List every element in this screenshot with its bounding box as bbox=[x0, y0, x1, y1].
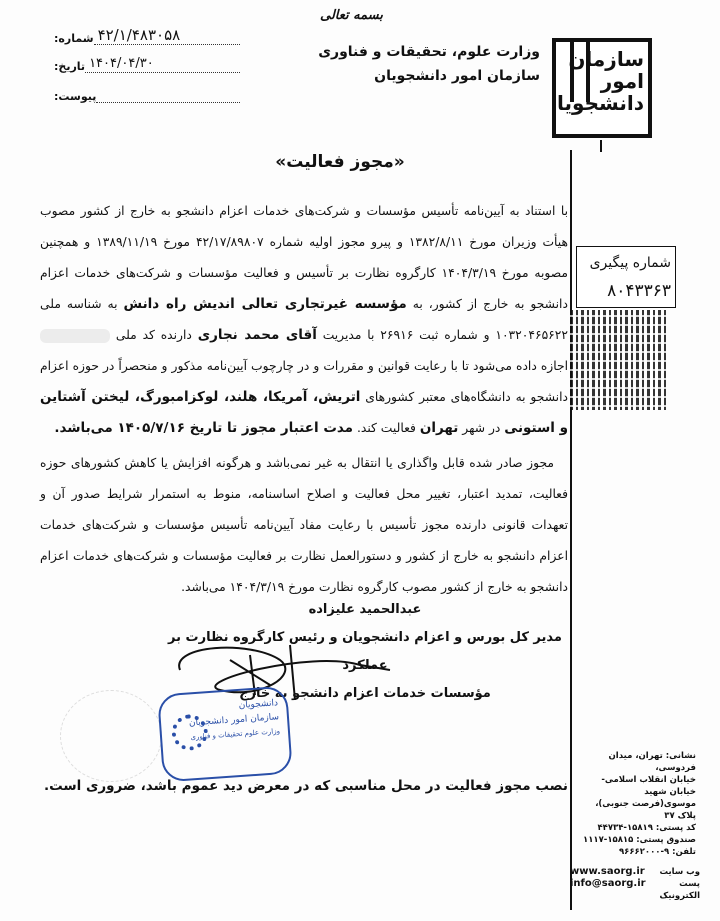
letter-attachment-field: پیوست: bbox=[50, 86, 240, 103]
footer-address: نشانی: تهران، میدان فردوسی، خیابان انقلا… bbox=[576, 750, 696, 858]
city-name: تهران bbox=[420, 420, 459, 436]
footer-web: www.saorg.ir وب سایت info@saorg.ir پست ا… bbox=[570, 866, 700, 902]
institute-name: مؤسسه غیرتجاری تعالی اندیش راه دانش bbox=[124, 296, 407, 312]
attachment-value bbox=[96, 86, 240, 103]
letterhead: وزارت علوم، تحقیقات و فناوری سازمان امور… bbox=[318, 40, 540, 88]
address-line: موسوی(فرصت جنوبی)، پلاک ۳۷ bbox=[576, 798, 696, 822]
number-label: شماره: bbox=[54, 32, 94, 45]
letter-number-field: شماره: ۴۲/۱/۴۸۳۰۵۸ bbox=[50, 26, 240, 45]
basmala-heading: بسمه تعالی bbox=[320, 8, 383, 23]
organization-logo-icon: سازمان امور دانشجویان bbox=[552, 38, 652, 138]
signatory-name: عبدالحمید علیزاده bbox=[160, 596, 570, 624]
document-title: «مجوز فعالیت» bbox=[200, 152, 480, 172]
organization-name: سازمان امور دانشجویان bbox=[318, 64, 540, 88]
p1-text-e: در شهر bbox=[462, 421, 500, 435]
address-line: نشانی: تهران، میدان فردوسی، bbox=[576, 750, 696, 774]
p1-text-a: با استناد به آیین‌نامه تأسیس مؤسسات و شر… bbox=[40, 204, 568, 311]
paragraph-2: مجوز صادر شده قابل واگذاری یا انتقال به … bbox=[40, 448, 568, 603]
p1-text-f: فعالیت کند. bbox=[357, 421, 416, 435]
p1-text-c: دارنده کد ملی bbox=[116, 328, 192, 342]
manager-name: آقای محمد نجاری bbox=[198, 327, 317, 343]
letter-date-field: تاریخ: ۱۴۰۴/۰۴/۳۰ bbox=[50, 56, 240, 73]
paragraph-1: با استناد به آیین‌نامه تأسیس مؤسسات و شر… bbox=[40, 196, 568, 444]
email-label: پست الکترونیک bbox=[646, 878, 700, 902]
email-link[interactable]: info@saorg.ir bbox=[570, 878, 646, 890]
phone-number: تلفن: ۹-۹۶۶۶۲۰۰۰ bbox=[576, 846, 696, 858]
qr-code-icon bbox=[570, 310, 666, 410]
margin-divider bbox=[570, 150, 572, 910]
official-stamp: دانشجویان سازمان امور دانشجویان وزارت عل… bbox=[157, 686, 293, 783]
document-body: با استناد به آیین‌نامه تأسیس مؤسسات و شر… bbox=[40, 196, 568, 603]
validity-statement: مدت اعتبار مجوز تا تاریخ ۱۴۰۵/۷/۱۶ می‌با… bbox=[54, 420, 353, 436]
embossed-seal-icon bbox=[60, 690, 162, 782]
website-link[interactable]: www.saorg.ir bbox=[570, 866, 645, 878]
address-line: خیابان انقلاب اسلامی-خیابان شهید bbox=[576, 774, 696, 798]
redacted-national-code bbox=[40, 329, 110, 343]
po-box: صندوق پستی: ۱۵۸۱۵-۱۱۱۷ bbox=[576, 834, 696, 846]
tracking-number: ۸۰۴۳۳۶۳ bbox=[581, 277, 671, 305]
logo-stem bbox=[600, 140, 602, 152]
tracking-label: شماره پیگیری bbox=[581, 249, 671, 277]
website-label: وب سایت bbox=[659, 866, 700, 878]
number-value: ۴۲/۱/۴۸۳۰۵۸ bbox=[94, 26, 240, 45]
date-label: تاریخ: bbox=[54, 60, 85, 73]
public-display-notice: نصب مجوز فعالیت در محل مناسبی که در معرض… bbox=[40, 778, 568, 794]
logo-calligraphy: سازمان امور دانشجویان bbox=[570, 48, 644, 114]
date-value: ۱۴۰۴/۰۴/۳۰ bbox=[85, 56, 240, 73]
postal-code: کد پستی: ۱۵۸۱۹-۴۴۷۳۴ bbox=[576, 822, 696, 834]
attachment-label: پیوست: bbox=[54, 90, 96, 103]
ministry-name: وزارت علوم، تحقیقات و فناوری bbox=[318, 40, 540, 64]
tracking-box: شماره پیگیری ۸۰۴۳۳۶۳ bbox=[576, 246, 676, 308]
